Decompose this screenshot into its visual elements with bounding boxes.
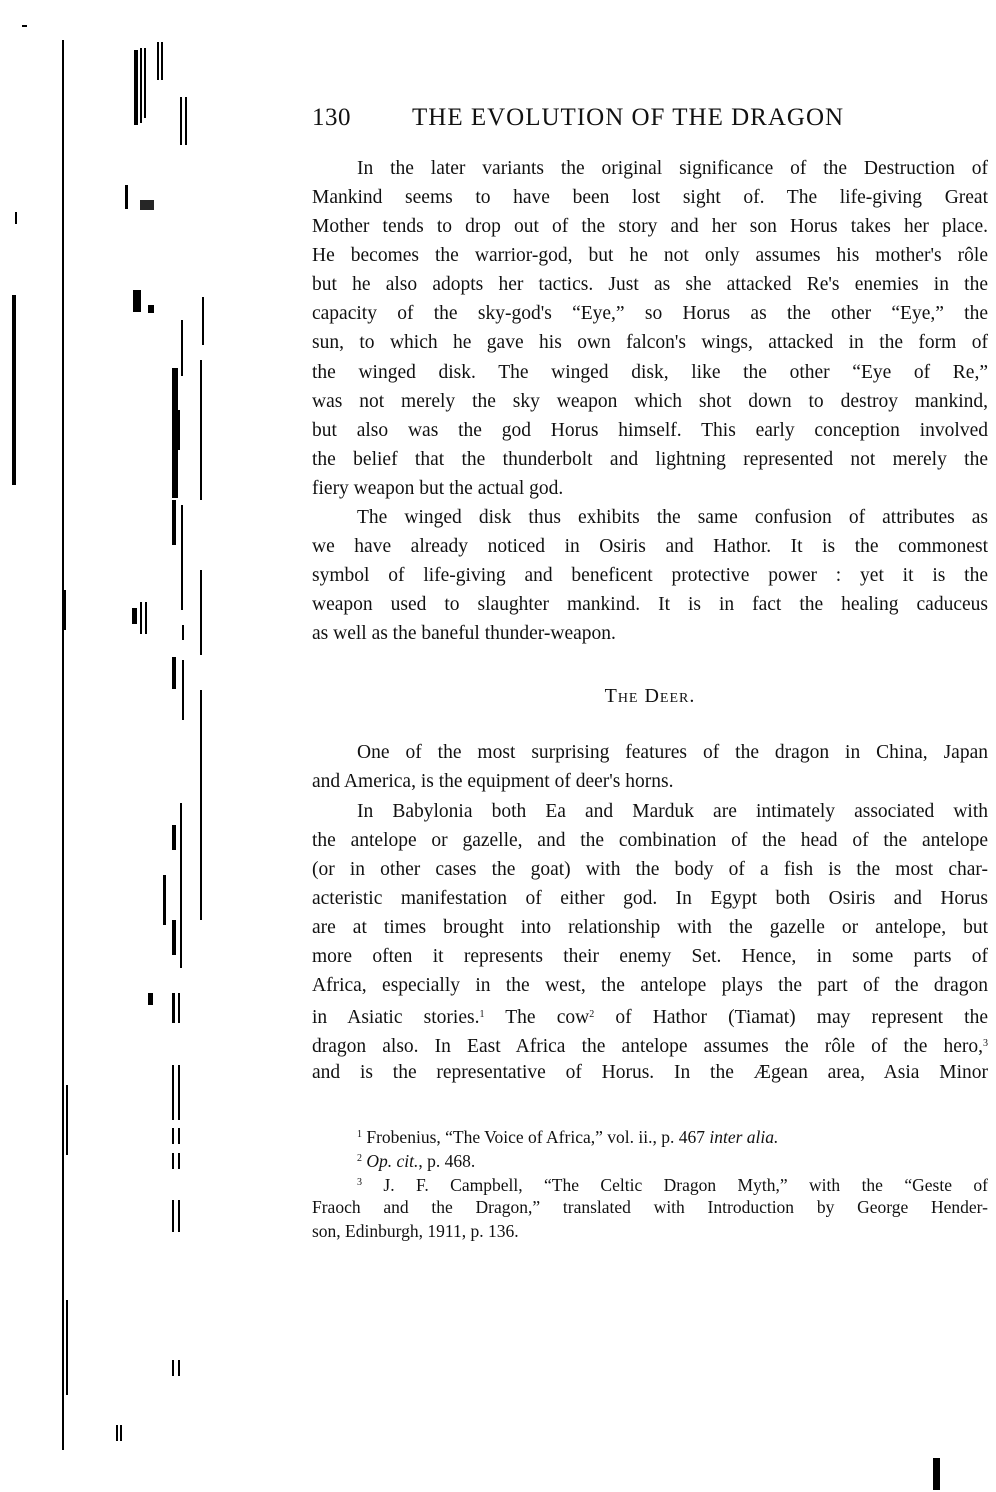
line-text: of Hathor (Tiamat) may represent the bbox=[594, 1007, 988, 1028]
paragraph-2-line: The winged disk thus exhibits the same c… bbox=[357, 503, 988, 532]
footnote-text: Frobenius, “The Voice of Africa,” vol. i… bbox=[362, 1127, 709, 1147]
paragraph-4-line: In Babylonia both Ea and Marduk are inti… bbox=[357, 797, 988, 826]
paragraph-2-line: weapon used to slaughter mankind. It is … bbox=[312, 590, 988, 619]
scan-mark bbox=[133, 290, 141, 312]
scan-mark bbox=[12, 295, 16, 485]
scan-mark bbox=[181, 320, 183, 376]
scan-mark bbox=[22, 25, 27, 27]
paragraph-4-line: the antelope or gazelle, and the combina… bbox=[312, 826, 988, 855]
scan-mark bbox=[66, 1300, 68, 1395]
scan-mark bbox=[172, 1200, 174, 1232]
running-header: 130 THE EVOLUTION OF THE DRAGON bbox=[312, 104, 972, 138]
scan-mark bbox=[15, 212, 17, 224]
paragraph-1-line: fiery weapon but the actual god. bbox=[312, 474, 988, 503]
scan-mark bbox=[148, 305, 154, 313]
paragraph-4-line: and is the representative of Horus. In t… bbox=[312, 1058, 988, 1087]
scan-mark bbox=[178, 1200, 180, 1232]
paragraph-2-line: symbol of life-giving and beneficent pro… bbox=[312, 561, 988, 590]
scan-mark bbox=[185, 97, 187, 145]
paragraph-1-line: capacity of the sky-god's “Eye,” so Horu… bbox=[312, 299, 988, 328]
line-text: dragon also. In East Africa the antelope… bbox=[312, 1036, 983, 1057]
scan-mark bbox=[140, 602, 142, 634]
scan-mark bbox=[178, 1128, 180, 1144]
paragraph-1-line: Mankind seems to have been lost sight of… bbox=[312, 183, 988, 212]
scan-mark bbox=[172, 500, 176, 545]
paragraph-4-line: in Asiatic stories.1 The cow2 of Hathor … bbox=[312, 1000, 988, 1029]
paragraph-4-line: (or in other cases the goat) with the bo… bbox=[312, 855, 988, 884]
paragraph-2-line: as well as the baneful thunder-weapon. bbox=[312, 619, 988, 648]
scan-mark bbox=[172, 993, 175, 1023]
paragraph-1-line: but he also adopts her tactics. Just as … bbox=[312, 270, 988, 299]
scan-mark bbox=[148, 993, 153, 1005]
footnote-italic: inter alia. bbox=[709, 1127, 778, 1147]
scan-mark bbox=[140, 200, 154, 210]
line-text: in Asiatic stories. bbox=[312, 1007, 479, 1028]
footnote-text: J. F. Campbell, “The Celtic Dragon Myth,… bbox=[362, 1175, 988, 1195]
scan-mark bbox=[172, 1065, 174, 1120]
scan-mark bbox=[178, 993, 180, 1023]
paragraph-3-line: and America, is the equipment of deer's … bbox=[312, 767, 988, 796]
scan-mark bbox=[64, 590, 66, 630]
section-heading: The Deer. bbox=[312, 685, 988, 708]
scan-mark bbox=[125, 185, 128, 209]
scan-mark bbox=[178, 1065, 180, 1120]
scan-mark bbox=[172, 1128, 174, 1144]
scan-mark bbox=[157, 42, 159, 80]
scan-mark bbox=[66, 1085, 68, 1155]
scan-mark bbox=[200, 570, 202, 655]
scan-mark bbox=[172, 1360, 174, 1376]
paragraph-1-line: He becomes the warrior-god, but he not o… bbox=[312, 241, 988, 270]
scan-mark bbox=[178, 410, 180, 450]
paragraph-4-line: more often it represents their enemy Set… bbox=[312, 942, 988, 971]
running-title: THE EVOLUTION OF THE DRAGON bbox=[412, 104, 844, 132]
footnote-3-line: Fraoch and the Dragon,” translated with … bbox=[312, 1195, 988, 1219]
scan-mark bbox=[181, 505, 183, 610]
paragraph-4-line: are at times brought into relationship w… bbox=[312, 913, 988, 942]
scan-mark bbox=[140, 48, 142, 123]
scan-mark bbox=[134, 50, 138, 125]
scan-mark bbox=[144, 48, 146, 118]
scan-mark bbox=[172, 825, 176, 850]
scan-mark bbox=[132, 608, 137, 624]
book-page: 130 THE EVOLUTION OF THE DRAGON In the l… bbox=[0, 0, 996, 1492]
paragraph-2-line: we have already noticed in Osiris and Ha… bbox=[312, 532, 988, 561]
scan-mark bbox=[163, 875, 166, 925]
footnote-1: 1 Frobenius, “The Voice of Africa,” vol.… bbox=[357, 1123, 988, 1147]
scan-mark bbox=[178, 1153, 180, 1169]
paragraph-1-line: In the later variants the original signi… bbox=[357, 154, 988, 183]
scan-mark bbox=[180, 97, 182, 145]
paragraph-1-line: but also was the god Horus himself. This… bbox=[312, 416, 988, 445]
paragraph-1-line: the winged disk. The winged disk, like t… bbox=[312, 358, 988, 387]
scan-edge-mark bbox=[933, 1458, 940, 1490]
paragraph-3-line: One of the most surprising features of t… bbox=[357, 738, 988, 767]
footnote-3-line: son, Edinburgh, 1911, p. 136. bbox=[312, 1219, 988, 1243]
paragraph-1-line: sun, to which he gave his own falcon's w… bbox=[312, 328, 988, 357]
paragraph-4-line: Africa, especially in the west, the ante… bbox=[312, 971, 988, 1000]
page-number: 130 bbox=[312, 104, 351, 132]
footnote-ref-3[interactable]: 3 bbox=[983, 1038, 988, 1049]
scan-mark bbox=[172, 1153, 174, 1169]
paragraph-1-line: the belief that the thunderbolt and ligh… bbox=[312, 445, 988, 474]
scan-mark bbox=[120, 1425, 122, 1441]
scan-mark bbox=[182, 660, 184, 720]
footnote-3: 3 J. F. Campbell, “The Celtic Dragon Myt… bbox=[357, 1171, 988, 1195]
scan-mark bbox=[182, 625, 184, 640]
paragraph-4-line: acteristic manifestation of either god. … bbox=[312, 884, 988, 913]
paragraph-1-line: Mother tends to drop out of the story an… bbox=[312, 212, 988, 241]
scan-mark bbox=[145, 602, 147, 634]
scan-mark bbox=[161, 42, 163, 80]
paragraph-4-line: dragon also. In East Africa the antelope… bbox=[312, 1029, 988, 1058]
scan-mark bbox=[200, 360, 202, 500]
scan-mark bbox=[202, 297, 204, 345]
footnote-text: , p. 468. bbox=[418, 1151, 475, 1171]
scan-mark bbox=[200, 690, 202, 920]
footnote-2: 2 Op. cit., p. 468. bbox=[357, 1147, 988, 1171]
scan-mark bbox=[178, 1360, 180, 1376]
paragraph-1-line: was not merely the sky weapon which shot… bbox=[312, 387, 988, 416]
line-text: The cow bbox=[484, 1007, 589, 1028]
scan-mark bbox=[172, 920, 176, 955]
gutter-line bbox=[62, 40, 64, 1450]
scan-mark bbox=[116, 1425, 118, 1441]
scan-mark bbox=[172, 657, 176, 689]
scan-mark bbox=[180, 803, 182, 968]
footnote-italic: Op. cit. bbox=[362, 1151, 418, 1171]
